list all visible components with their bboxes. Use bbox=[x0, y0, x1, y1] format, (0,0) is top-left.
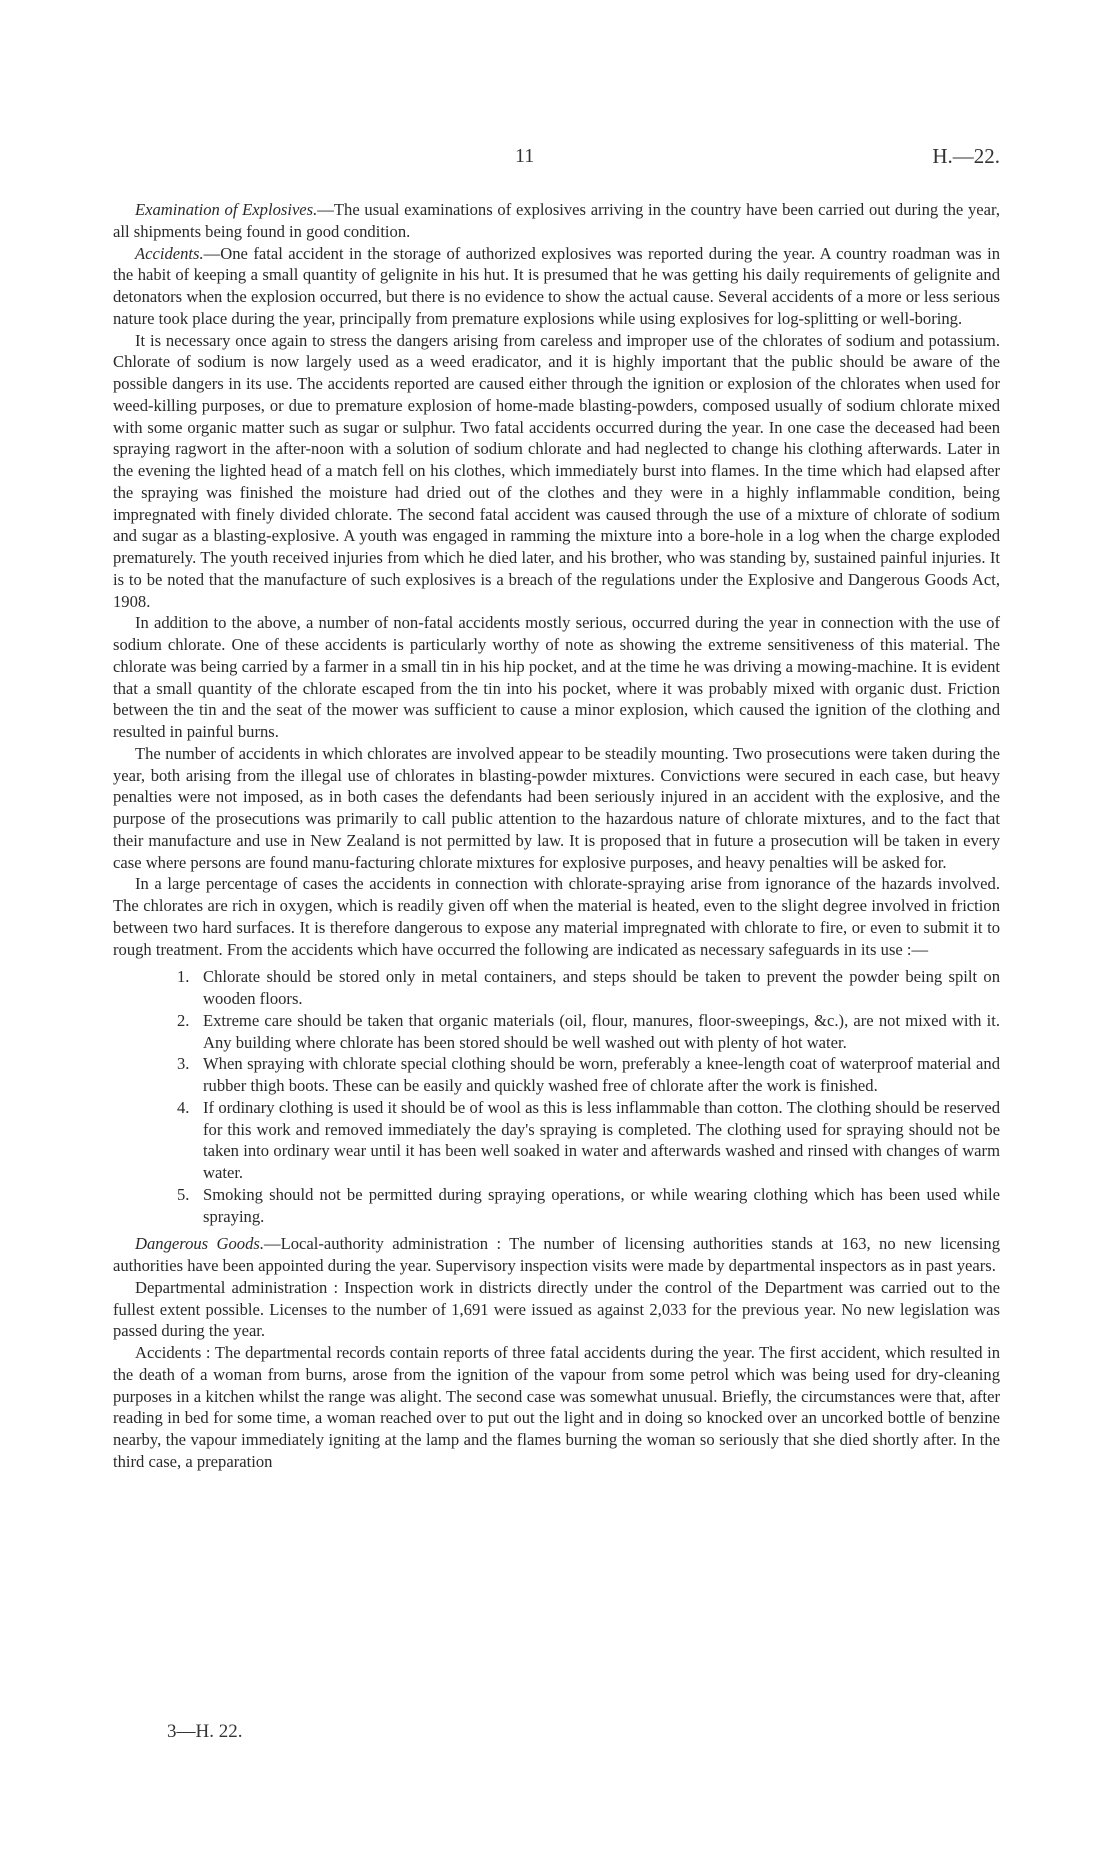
safeguards-list: 1.Chlorate should be stored only in meta… bbox=[113, 966, 1000, 1227]
paragraph-dg-accidents: Accidents : The departmental records con… bbox=[113, 1342, 1000, 1473]
paragraph: The number of accidents in which chlorat… bbox=[113, 743, 1000, 874]
list-item: 1.Chlorate should be stored only in meta… bbox=[203, 966, 1000, 1010]
paragraph-dangerous-goods: Dangerous Goods.—Local-authority adminis… bbox=[113, 1233, 1000, 1277]
page-footer-signature: 3—H. 22. bbox=[167, 1721, 242, 1743]
section-heading-accidents: Accidents. bbox=[135, 244, 204, 263]
document-reference: H.—22. bbox=[932, 146, 1000, 168]
list-item: 5.Smoking should not be permitted during… bbox=[203, 1184, 1000, 1228]
page-number: 11 bbox=[515, 146, 534, 168]
section-heading-dangerous-goods: Dangerous Goods. bbox=[135, 1234, 264, 1253]
paragraph-examination: Examination of Explosives.—The usual exa… bbox=[113, 199, 1000, 243]
paragraph-accidents: Accidents.—One fatal accident in the sto… bbox=[113, 243, 1000, 330]
list-item: 4.If ordinary clothing is used it should… bbox=[203, 1097, 1000, 1184]
paragraph: It is necessary once again to stress the… bbox=[113, 330, 1000, 613]
paragraph: In a large percentage of cases the accid… bbox=[113, 873, 1000, 960]
page-header: 11 H.—22. bbox=[113, 146, 1000, 170]
document-body: Examination of Explosives.—The usual exa… bbox=[113, 199, 1000, 1473]
section-heading-examination: Examination of Explosives. bbox=[135, 200, 317, 219]
paragraph: In addition to the above, a number of no… bbox=[113, 612, 1000, 743]
list-item: 2.Extreme care should be taken that orga… bbox=[203, 1010, 1000, 1054]
list-item: 3.When spraying with chlorate special cl… bbox=[203, 1053, 1000, 1097]
paragraph-departmental: Departmental administration : Inspection… bbox=[113, 1277, 1000, 1342]
